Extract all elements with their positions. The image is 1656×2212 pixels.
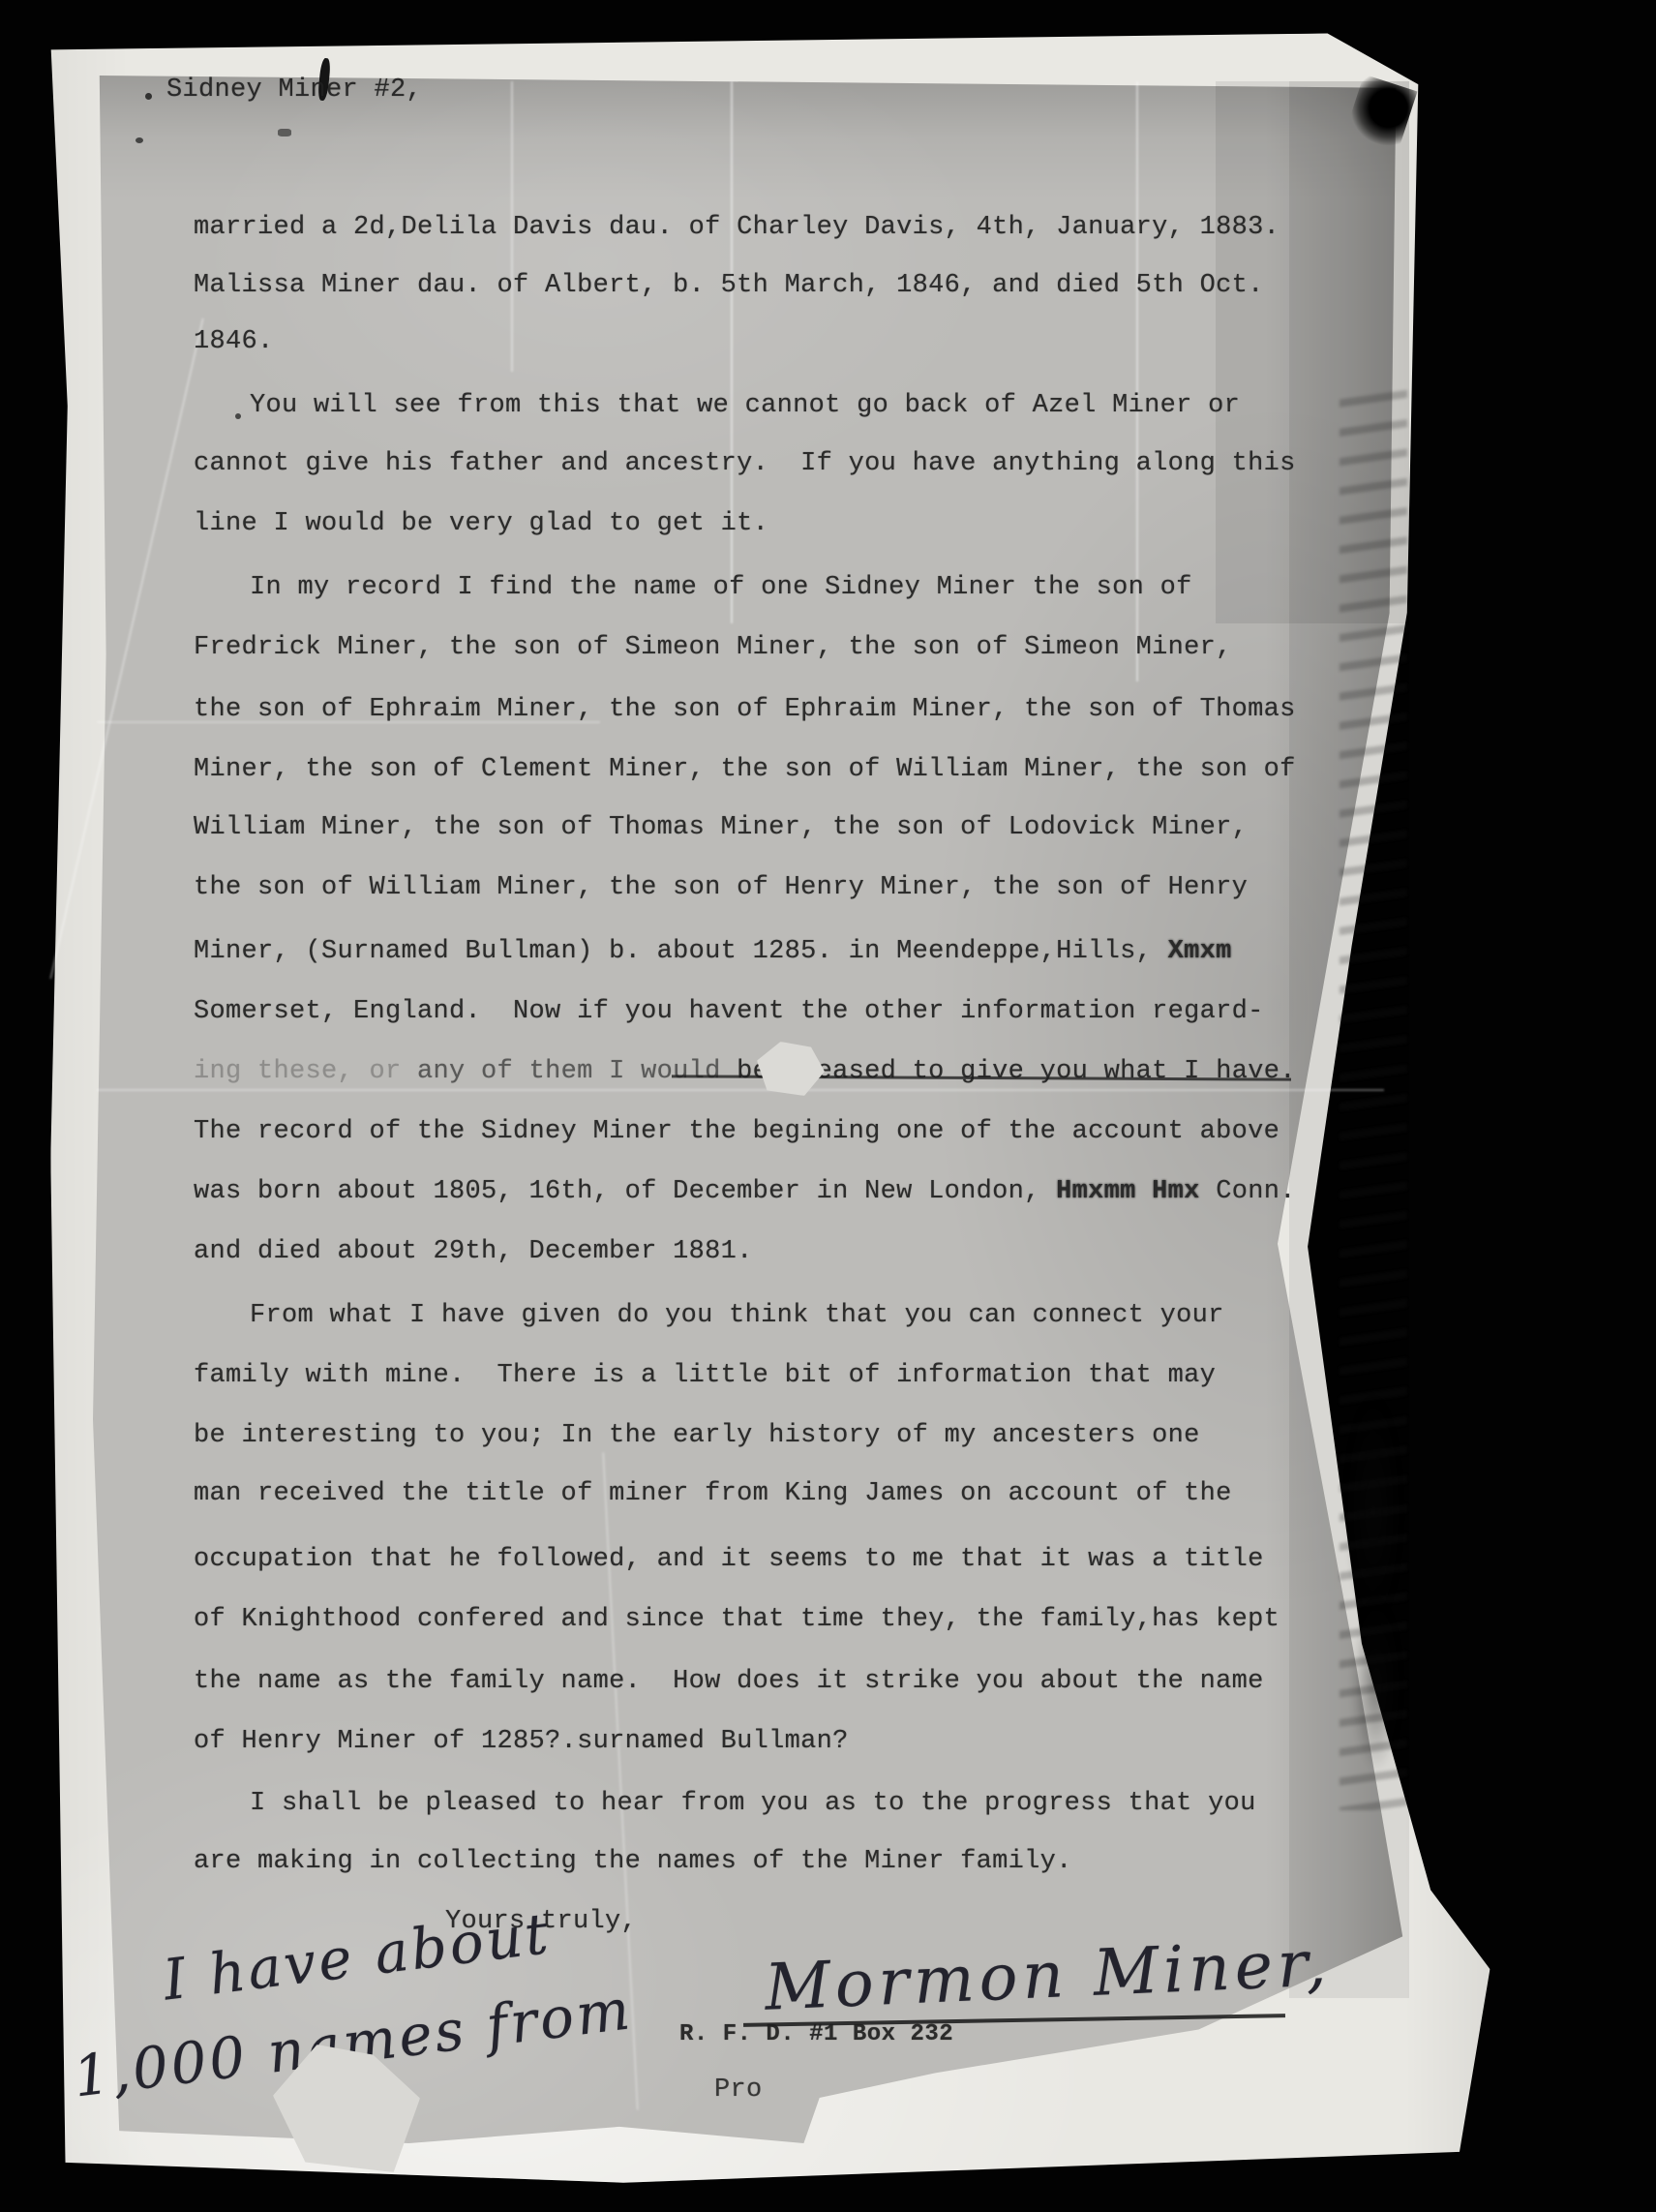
partial-word: Pro [714, 2077, 763, 2104]
ink-speck [278, 129, 291, 136]
address-line: R. F. D. #1 Box 232 [679, 2023, 953, 2046]
typed-line: 1846. [194, 329, 274, 355]
overtyped-segment: Hmxmm Hmx [1056, 1177, 1200, 1206]
typed-line: Somerset, England. Now if you havent the… [194, 999, 1264, 1025]
typed-line: man received the title of miner from Kin… [194, 1481, 1232, 1507]
typed-line: was born about 1805, 16th, of December i… [194, 1179, 1296, 1205]
typed-line: family with mine. There is a little bit … [194, 1363, 1216, 1389]
typed-line: be interesting to you; In the early hist… [194, 1423, 1200, 1449]
typed-line: Fredrick Miner, the son of Simeon Miner,… [194, 635, 1232, 661]
scanned-letter-page: Sidney Miner #2, married a 2d,Delila Dav… [0, 0, 1656, 2212]
overtyped-segment: Xmxm [1168, 937, 1232, 966]
letter-sheet [93, 76, 1409, 2143]
typed-line: are making in collecting the names of th… [194, 1849, 1072, 1875]
typed-line: Miner, (Surnamed Bullman) b. about 1285.… [194, 939, 1232, 965]
typed-line: of Henry Miner of 1285?.surnamed Bullman… [194, 1729, 849, 1755]
typed-line: William Miner, the son of Thomas Miner, … [194, 815, 1248, 841]
typed-line: Malissa Miner dau. of Albert, b. 5th Mar… [194, 273, 1264, 299]
typed-line: The record of the Sidney Miner the begin… [194, 1119, 1280, 1145]
typed-line: occupation that he followed, and it seem… [194, 1547, 1264, 1573]
crease-line [97, 1089, 1384, 1091]
typed-segment: Conn. [1200, 1177, 1296, 1206]
typed-line: the son of William Miner, the son of Hen… [194, 875, 1248, 901]
crease-line [731, 81, 733, 623]
typed-segment: any of them I would [417, 1057, 737, 1086]
typed-line-struck: ing these, or any of them I would be ple… [194, 1059, 1296, 1085]
typed-line-heading: Sidney Miner #2, [166, 77, 422, 104]
typed-line: and died about 29th, December 1881. [194, 1239, 753, 1265]
typed-line: Miner, the son of Clement Miner, the son… [194, 757, 1296, 783]
typed-segment: was born about 1805, 16th, of December i… [194, 1177, 1056, 1206]
typed-line: the son of Ephraim Miner, the son of Eph… [194, 697, 1296, 723]
typed-line: I shall be pleased to hear from you as t… [250, 1791, 1256, 1817]
typed-line: In my record I find the name of one Sidn… [250, 575, 1192, 601]
typed-segment: Miner, (Surnamed Bullman) b. about 1285.… [194, 937, 1168, 966]
smudge-blob [1345, 1394, 1401, 1626]
typed-line: cannot give his father and ancestry. If … [194, 451, 1296, 477]
faded-segment: ing these, or [194, 1057, 417, 1086]
typed-line: line I would be very glad to get it. [194, 511, 768, 537]
ink-speck [145, 93, 152, 100]
typed-line: You will see from this that we cannot go… [250, 393, 1240, 419]
typed-line: the name as the family name. How does it… [194, 1669, 1264, 1695]
ink-speck [135, 137, 143, 143]
ink-speck [235, 413, 241, 419]
typed-line: married a 2d,Delila Davis dau. of Charle… [194, 215, 1280, 241]
typed-line: of Knighthood confered and since that ti… [194, 1607, 1280, 1633]
smudge-blob [1351, 1597, 1401, 1772]
typed-line: From what I have given do you think that… [250, 1303, 1224, 1329]
